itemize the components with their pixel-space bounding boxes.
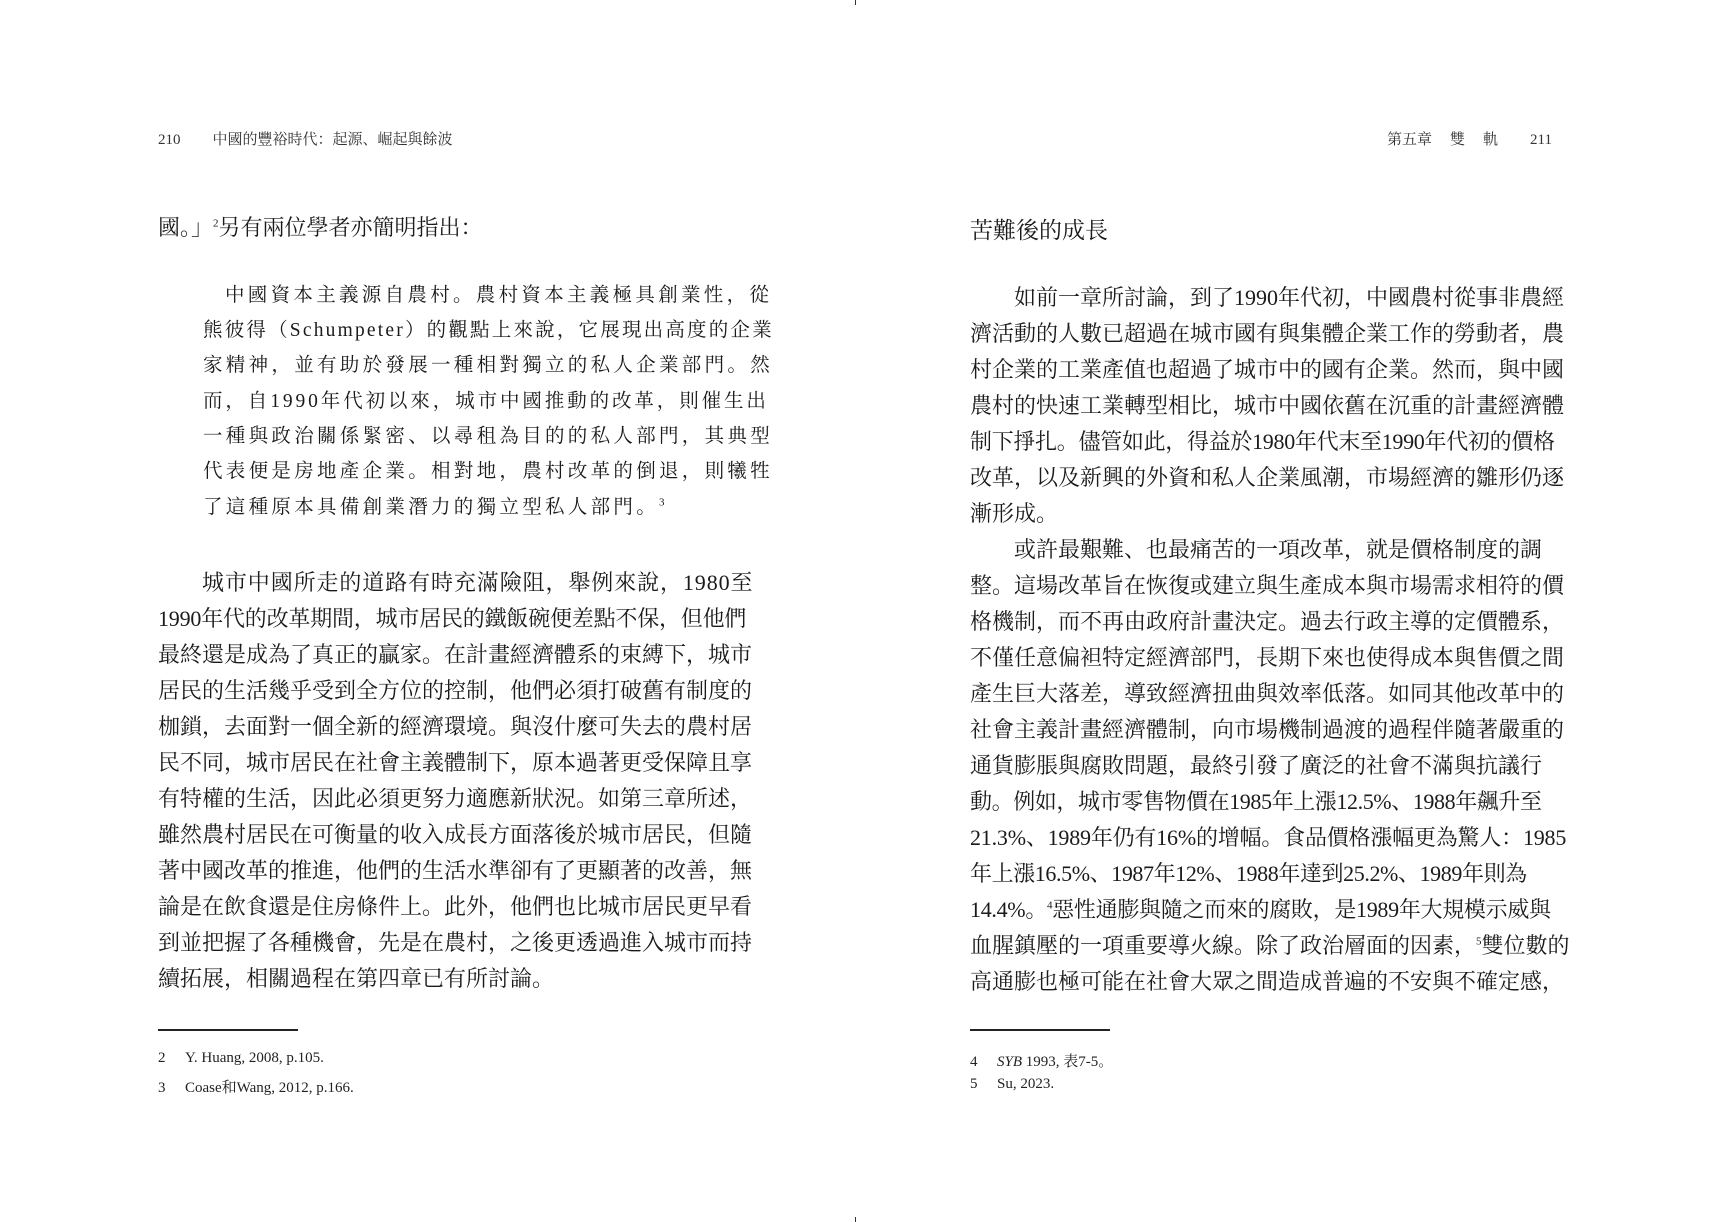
page-number: 211 (1530, 132, 1552, 148)
footnote-text: Coase和Wang, 2012, p.166. (185, 1080, 354, 1096)
quote-line: 代表便是房地產企業。相對地，農村改革的倒退，則犧牲 (203, 459, 773, 485)
body-line: 通貨膨脹與腐敗問題，最終引發了廣泛的社會不滿與抗議行 (970, 752, 1542, 780)
quote-line: 中國資本主義源自農村。農村資本主義極具創業性，從 (225, 283, 772, 309)
body-line: 有特權的生活，因此必須更努力適應新狀況。如第三章所述， (158, 785, 752, 813)
footnote-text: Su, 2023. (997, 1076, 1054, 1092)
footnote-divider (158, 1029, 298, 1031)
body-line: 14.4%。4惡性通膨與隨之而來的腐敗，是1989年大規模示威與 (970, 896, 1551, 924)
footnote-text: 1993, 表7-5。 (1022, 1054, 1113, 1070)
body-line: 21.3%、1989年仍有16%的增幅。食品價格漲幅更為驚人：1985 (970, 824, 1566, 852)
body-line: 續拓展，相關過程在第四章已有所討論。 (158, 965, 554, 993)
right-page: 第五章雙軌211 苦難後的成長 如前一章所討論，到了1990年代初，中國農村從事… (855, 0, 1710, 1222)
line-text: 雙位數的 (1482, 933, 1570, 958)
body-line: 最終還是成為了真正的贏家。在計畫經濟體系的束縛下，城市 (158, 641, 752, 669)
line-text: 惡性通膨與隨之而來的腐敗，是1989年大規模示威與 (1052, 897, 1551, 922)
body-line: 整。這場改革旨在恢復或建立與生產成本與市場需求相符的價 (970, 572, 1564, 600)
opening-rest: 另有兩位學者亦簡明指出： (219, 215, 483, 240)
opening-text: 國。」 (158, 215, 213, 240)
body-line: 社會主義計畫經濟體制，向市場機制過渡的過程伴隨著嚴重的 (970, 716, 1564, 744)
footnote-number: 5 (970, 1076, 997, 1093)
section-heading: 苦難後的成長 (970, 212, 1108, 245)
body-line: 制下掙扎。儘管如此，得益於1980年代末至1990年代初的價格 (970, 428, 1555, 456)
footnote-5: 5Su, 2023. (970, 1076, 1054, 1093)
quote-line: 一種與政治關係緊密、以尋租為目的的私人部門，其典型 (203, 424, 773, 450)
body-line: 格機制，而不再由政府計畫決定。過去行政主導的定價體系， (970, 608, 1564, 636)
body-line: 論是在飲食還是住房條件上。此外，他們也比城市居民更早看 (158, 893, 752, 921)
running-head-left: 210中國的豐裕時代：起源、崛起與餘波 (158, 128, 453, 149)
line-text: 14.4%。 (970, 897, 1047, 922)
body-line: 漸形成。 (970, 500, 1058, 528)
book-title: 中國的豐裕時代：起源、崛起與餘波 (213, 132, 453, 148)
body-line: 不僅任意偏袒特定經濟部門，長期下來也使得成本與售價之間 (970, 644, 1564, 672)
body-line: 到並把握了各種機會，先是在農村，之後更透過進入城市而持 (158, 929, 752, 957)
left-page: 210中國的豐裕時代：起源、崛起與餘波 國。」2另有兩位學者亦簡明指出： 中國資… (0, 0, 855, 1222)
footnote-source-italic: SYB (997, 1054, 1022, 1070)
chapter-title-char: 軌 (1483, 132, 1498, 148)
footnote-4: 4SYB 1993, 表7-5。 (970, 1050, 1113, 1071)
body-line: 城市中國所走的道路有時充滿險阻，舉例來說，1980至 (202, 569, 753, 597)
body-line: 農村的快速工業轉型相比，城市中國依舊在沉重的計畫經濟體 (970, 392, 1564, 420)
footnote-divider (970, 1029, 1110, 1031)
body-line: 民不同，城市居民在社會主義體制下，原本過著更受保障且享 (158, 749, 752, 777)
chapter-label: 第五章 (1387, 132, 1432, 148)
quote-line: 了這種原本具備創業潛力的獨立型私人部門。3 (203, 495, 668, 521)
body-line: 血腥鎮壓的一項重要導火線。除了政治層面的因素，5雙位數的 (970, 932, 1570, 960)
body-line: 如前一章所討論，到了1990年代初，中國農村從事非農經 (1014, 284, 1564, 312)
body-line: 改革，以及新興的外資和私人企業風潮，市場經濟的雛形仍逐 (970, 464, 1564, 492)
body-line: 高通膨也極可能在社會大眾之間造成普遍的不安與不確定感， (970, 968, 1564, 996)
body-line: 枷鎖，去面對一個全新的經濟環境。與沒什麼可失去的農村居 (158, 713, 752, 741)
footnote-2: 2Y. Huang, 2008, p.105. (158, 1050, 324, 1067)
body-line: 雖然農村居民在可衡量的收入成長方面落後於城市居民，但隨 (158, 821, 752, 849)
page-number: 210 (158, 132, 181, 148)
quote-last-text: 了這種原本具備創業潛力的獨立型私人部門。 (203, 497, 659, 518)
footnote-number: 2 (158, 1050, 185, 1067)
footnote-number: 4 (970, 1054, 997, 1071)
footnote-text: Y. Huang, 2008, p.105. (185, 1050, 324, 1066)
chapter-title-char: 雙 (1450, 132, 1465, 148)
body-line: 居民的生活幾乎受到全方位的控制，他們必須打破舊有制度的 (158, 677, 752, 705)
quote-line: 家精神，並有助於發展一種相對獨立的私人企業部門。然 (203, 353, 773, 379)
line-text: 血腥鎮壓的一項重要導火線。除了政治層面的因素， (970, 933, 1476, 958)
body-line: 產生巨大落差，導致經濟扭曲與效率低落。如同其他改革中的 (970, 680, 1564, 708)
body-line: 著中國改革的推進，他們的生活水準卻有了更顯著的改善，無 (158, 857, 752, 885)
quote-line: 熊彼得（Schumpeter）的觀點上來說，它展現出高度的企業 (203, 318, 774, 344)
body-line: 動。例如，城市零售物價在1985年上漲12.5%、1988年飆升至 (970, 788, 1542, 816)
opening-line: 國。」2另有兩位學者亦簡明指出： (158, 214, 483, 242)
body-line: 或許最艱難、也最痛苦的一項改革，就是價格制度的調 (1014, 536, 1542, 564)
footnote-number: 3 (158, 1080, 185, 1097)
body-line: 1990年代的改革期間，城市居民的鐵飯碗便差點不保，但他們 (158, 605, 746, 633)
body-line: 村企業的工業產值也超過了城市中的國有企業。然而，與中國 (970, 356, 1564, 384)
quote-line: 而，自1990年代初以來，城市中國推動的改革，則催生出 (203, 389, 769, 415)
body-line: 年上漲16.5%、1987年12%、1988年達到25.2%、1989年則為 (970, 860, 1527, 888)
running-head-right: 第五章雙軌211 (1387, 128, 1552, 149)
footnote-ref-3[interactable]: 3 (659, 497, 668, 509)
footnote-3: 3Coase和Wang, 2012, p.166. (158, 1076, 354, 1097)
body-line: 濟活動的人數已超過在城市國有與集體企業工作的勞動者，農 (970, 320, 1564, 348)
